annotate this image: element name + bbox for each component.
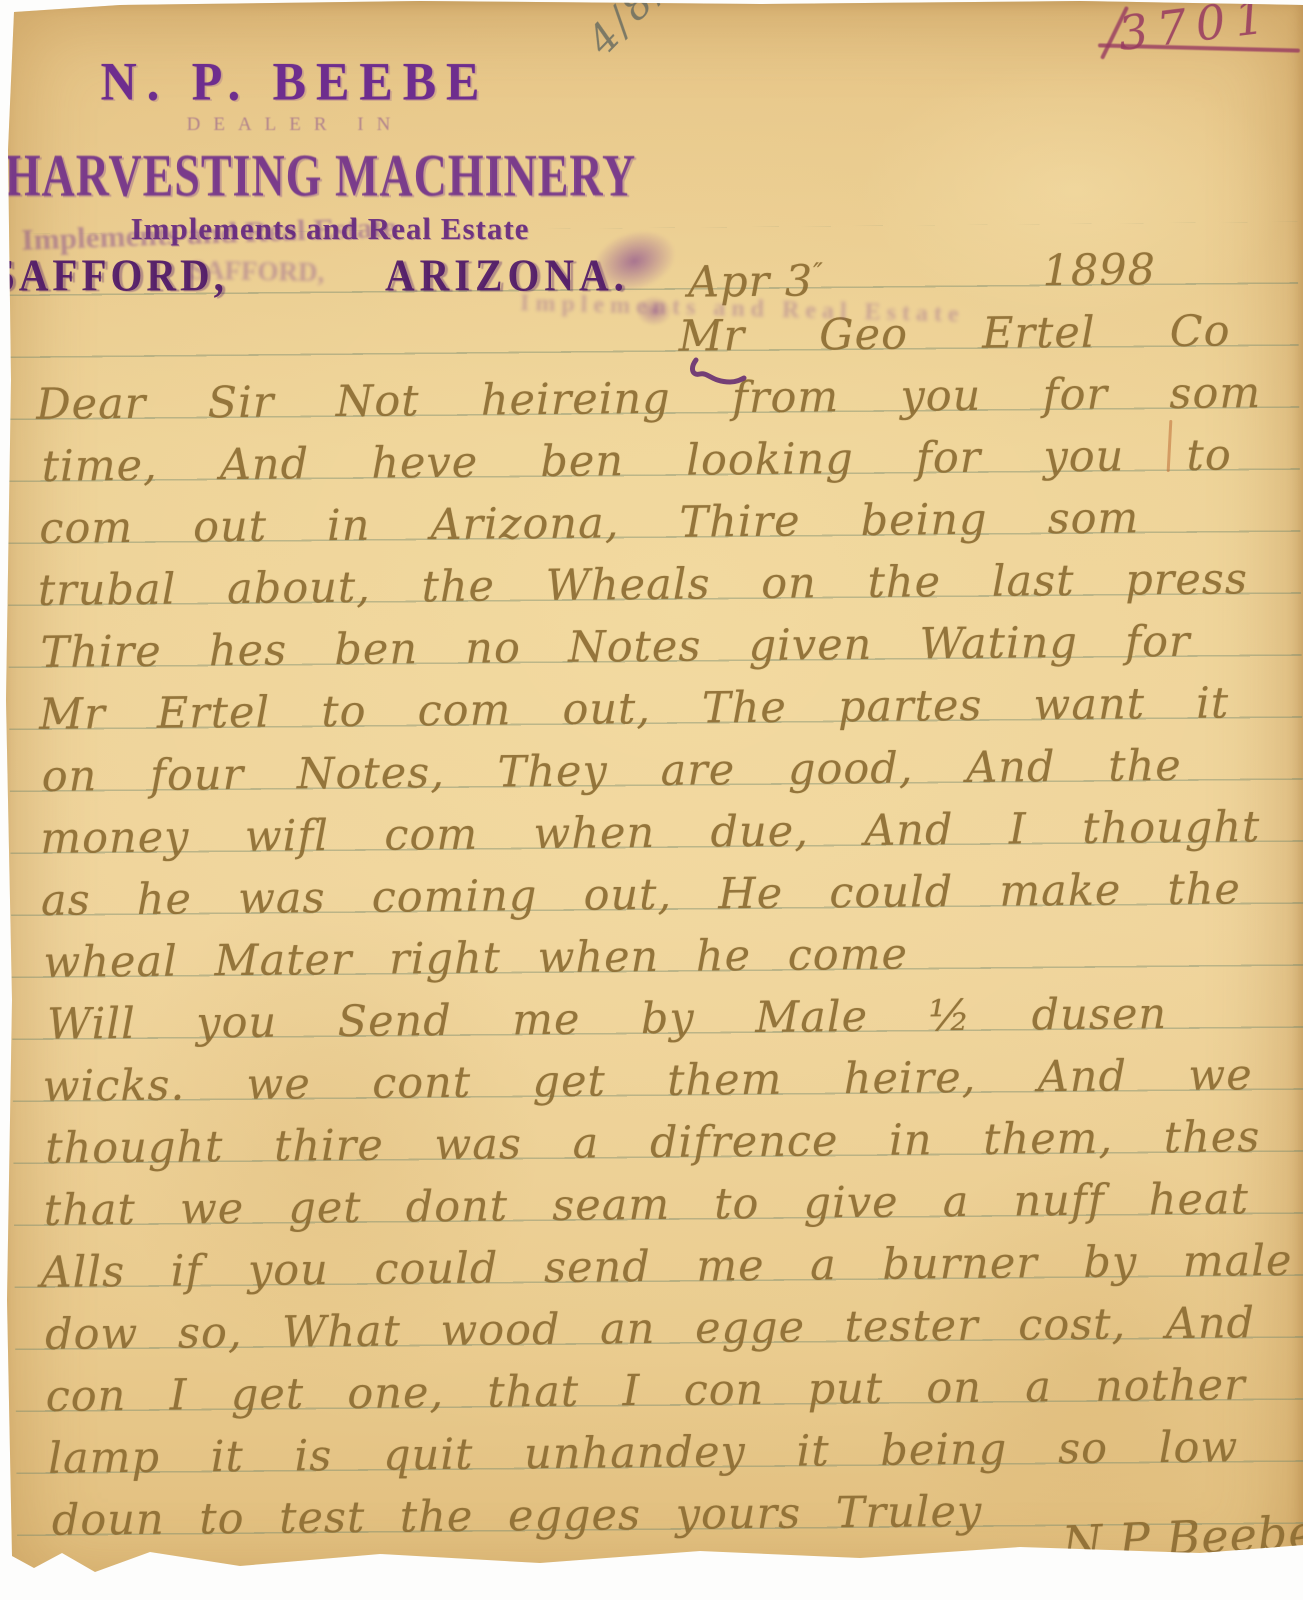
- handwritten-line: wheal Mater right when he come: [43, 924, 1193, 991]
- letterhead-dealer-line: DEALER IN: [75, 114, 515, 136]
- letterhead-business-line: HARVESTING MACHINERY: [0, 140, 653, 210]
- signature: N P Beebe: [1061, 1505, 1293, 1571]
- handwritten-addressee: Mr Geo Ertel Co: [678, 303, 1231, 364]
- paper-sheet: Apr 3″ 1898 Mr Geo Ertel Co Dear Sir Not…: [0, 0, 1303, 1600]
- handwritten-line: Thire hes ben no Notes given Wating for: [40, 614, 1190, 681]
- handwritten-line: Dear Sir Not heireing from you for som: [36, 365, 1261, 433]
- handwritten-line: that we get dont seam to give a nuff hea…: [44, 1171, 1249, 1239]
- handwritten-line: doun to test the egges yours Truley: [52, 1482, 1212, 1549]
- handwritten-line: com out in Arizona, Thire being som: [39, 490, 1139, 557]
- handwritten-line: con I get one, that I con put on a nothe…: [45, 1357, 1245, 1425]
- handwritten-line: on four Notes, They are good, And the: [41, 738, 1181, 805]
- letterhead-sub-line: Implements and Real Estate: [95, 211, 565, 247]
- handwritten-line: thought thire was a difrence in them, th…: [45, 1109, 1260, 1177]
- letterhead-city: SAFFORD,: [0, 248, 228, 302]
- handwritten-line: time, And heve ben looking for you to: [42, 427, 1232, 494]
- handwritten-line: Mr Ertel to com out, The partes want it: [39, 675, 1229, 742]
- letterhead-name: N. P. BEEBE: [75, 50, 515, 113]
- handwritten-line: as he was coming out, He could make the: [41, 861, 1241, 929]
- letterhead-state: ARIZONA.: [385, 248, 629, 302]
- handwritten-date: Apr 3″ 1898: [688, 242, 1157, 310]
- letter-scan: Apr 3″ 1898 Mr Geo Ertel Co Dear Sir Not…: [0, 0, 1303, 1600]
- handwritten-line: dow so, What wood an egge tester cost, A…: [45, 1295, 1255, 1363]
- handwritten-line: money wifl com when due, And I thought: [40, 799, 1260, 867]
- handwritten-line: lamp it is quit unhandey it being so low: [48, 1419, 1238, 1486]
- handwritten-line: wicks. we cont get them heire, And we: [42, 1047, 1252, 1115]
- ink-squiggle-mark: [686, 354, 750, 394]
- date-month-day: Apr 3″: [688, 245, 823, 310]
- handwritten-line: trubal about, the Wheals on the last pre…: [38, 551, 1248, 619]
- handwritten-line: Will you Send me by Male ½ dusen: [47, 986, 1167, 1053]
- date-day-mark: ″: [813, 258, 823, 288]
- date-year: 1898: [1042, 242, 1156, 307]
